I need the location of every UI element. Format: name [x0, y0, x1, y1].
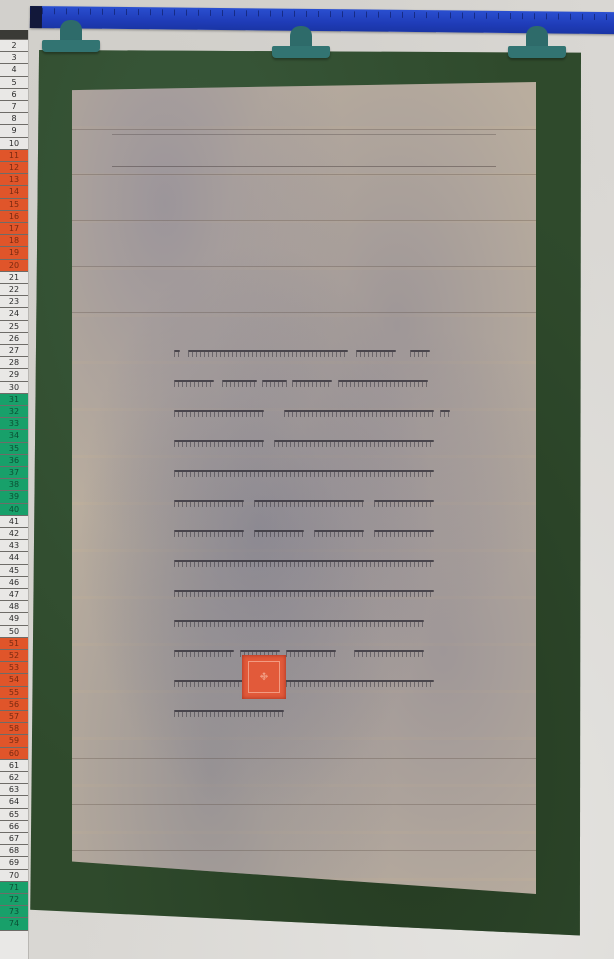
ruler-mark: 24: [0, 308, 28, 320]
ruler-mark: 26: [0, 333, 28, 345]
ruler-mark: 28: [0, 357, 28, 369]
ruler-mark: 58: [0, 723, 28, 735]
ruler-mark: 35: [0, 443, 28, 455]
ruler-mark: 45: [0, 565, 28, 577]
ruler-mark: 27: [0, 345, 28, 357]
text-stroke: [262, 380, 287, 382]
text-stroke: [174, 680, 434, 682]
ruler-mark: 61: [0, 760, 28, 772]
binder-clip-right: [508, 26, 566, 62]
ruler-mark: 37: [0, 467, 28, 479]
ruler-mark: 62: [0, 772, 28, 784]
ruler-mark: 21: [0, 272, 28, 284]
ruler-mark: 23: [0, 296, 28, 308]
ruler-mark: 40: [0, 504, 28, 516]
text-stroke: [174, 710, 284, 712]
ruler-mark: 56: [0, 699, 28, 711]
ruler-mark: 50: [0, 626, 28, 638]
ruler-mark: 42: [0, 528, 28, 540]
ruler-mark: 32: [0, 406, 28, 418]
ruler-mark: 49: [0, 613, 28, 625]
text-line: [174, 670, 474, 696]
text-stroke: [274, 440, 434, 442]
ruler-mark: 33: [0, 418, 28, 430]
text-stroke: [240, 650, 280, 652]
ruler-mark: 14: [0, 186, 28, 198]
ruled-line: [112, 166, 496, 167]
text-stroke: [292, 380, 332, 382]
text-line: [174, 490, 474, 516]
ruler-mark: 25: [0, 321, 28, 333]
text-stroke: [284, 410, 434, 412]
text-line: [174, 340, 474, 366]
ruler-mark: 4: [0, 64, 28, 76]
ruler-mark: 30: [0, 382, 28, 394]
fold-line: [72, 266, 536, 267]
ruler-mark: 16: [0, 211, 28, 223]
ruler-mark: 71: [0, 882, 28, 894]
text-stroke: [174, 590, 434, 592]
ruler-mark: 43: [0, 540, 28, 552]
text-stroke: [174, 350, 180, 352]
text-stroke: [174, 440, 264, 442]
ruler-mark: 53: [0, 662, 28, 674]
ruler-mark: 13: [0, 174, 28, 186]
ruler-mark: 66: [0, 821, 28, 833]
ruler-mark: 74: [0, 918, 28, 930]
ruler-mark: 39: [0, 491, 28, 503]
ruler-mark: 69: [0, 857, 28, 869]
ruler-cap: [0, 30, 28, 40]
fold-line: [72, 174, 536, 175]
fold-line: [72, 850, 536, 851]
ruler-mark: 60: [0, 748, 28, 760]
ruler-mark: 17: [0, 223, 28, 235]
ruler-mark: 15: [0, 199, 28, 211]
ruler-mark: 67: [0, 833, 28, 845]
text-stroke: [440, 410, 450, 412]
text-stroke: [286, 650, 336, 652]
text-stroke: [174, 560, 434, 562]
text-stroke: [314, 530, 364, 532]
text-stroke: [174, 500, 244, 502]
ruler-mark: 8: [0, 113, 28, 125]
fold-line: [72, 312, 536, 313]
text-line: [174, 400, 474, 426]
text-stroke: [254, 530, 304, 532]
text-line: [174, 700, 474, 726]
text-stroke: [174, 530, 244, 532]
text-stroke: [174, 650, 234, 652]
fold-line: [72, 758, 536, 759]
ruler-mark: 54: [0, 674, 28, 686]
ruler-mark: 31: [0, 394, 28, 406]
ruler-mark: 44: [0, 552, 28, 564]
ruler-mark: 57: [0, 711, 28, 723]
ruler-mark: 6: [0, 89, 28, 101]
fold-line: [72, 220, 536, 221]
text-stroke: [374, 530, 434, 532]
text-stroke: [222, 380, 257, 382]
ruler-mark: 36: [0, 455, 28, 467]
red-seal-stamp: ࿇: [242, 655, 286, 699]
text-stroke: [354, 650, 424, 652]
ruler-mark: 55: [0, 687, 28, 699]
ruler-mark: 73: [0, 906, 28, 918]
text-line: [174, 430, 474, 456]
text-stroke: [174, 410, 264, 412]
ruler-mark: 72: [0, 894, 28, 906]
binder-clip-left: [42, 20, 100, 56]
ruler-mark: 63: [0, 784, 28, 796]
fold-line: [72, 804, 536, 805]
ruler-mark: 9: [0, 125, 28, 137]
ruler-mark: 41: [0, 516, 28, 528]
ruler-mark: 52: [0, 650, 28, 662]
ruler-mark: 47: [0, 589, 28, 601]
text-stroke: [174, 380, 214, 382]
seal-glyph: ࿇: [248, 661, 280, 693]
text-line: [174, 640, 474, 666]
text-line: [174, 370, 474, 396]
ruler-mark: 70: [0, 870, 28, 882]
text-line: [174, 610, 474, 636]
ruled-line: [112, 134, 496, 135]
ruler-mark: 12: [0, 162, 28, 174]
text-stroke: [174, 620, 424, 622]
ruler-mark: 29: [0, 369, 28, 381]
ruler-mark: 5: [0, 77, 28, 89]
ruler-mark: 18: [0, 235, 28, 247]
text-stroke: [374, 500, 434, 502]
binder-clip-center: [272, 26, 330, 62]
text-line: [174, 580, 474, 606]
ruler-mark: 38: [0, 479, 28, 491]
ruler-mark: 51: [0, 638, 28, 650]
ruler-mark: 22: [0, 284, 28, 296]
ruler-mark: 34: [0, 430, 28, 442]
ruler-mark: 68: [0, 845, 28, 857]
ruler-mark: 65: [0, 809, 28, 821]
text-stroke: [410, 350, 430, 352]
ruler-mark: 59: [0, 735, 28, 747]
text-stroke: [338, 380, 428, 382]
ruler-mark: 7: [0, 101, 28, 113]
text-stroke: [356, 350, 396, 352]
ruler-mark: 19: [0, 247, 28, 259]
fold-line: [72, 129, 536, 130]
text-stroke: [254, 500, 364, 502]
ruler-mark: 48: [0, 601, 28, 613]
ruler-mark: 2: [0, 40, 28, 52]
text-line: [174, 550, 474, 576]
text-line: [174, 520, 474, 546]
mounted-manuscript: ࿇: [28, 50, 581, 940]
text-stroke: [188, 350, 348, 352]
ruler-mark: 64: [0, 796, 28, 808]
text-line: [174, 460, 474, 486]
tibetan-text-block: [174, 340, 474, 730]
ruler-mark: 10: [0, 138, 28, 150]
ruler-mark: 3: [0, 52, 28, 64]
ruler-mark: 20: [0, 260, 28, 272]
left-measuring-tape: 2345678910111213141516171819202122232425…: [0, 30, 29, 959]
text-stroke: [174, 470, 434, 472]
ruler-mark: 46: [0, 577, 28, 589]
ruler-mark: 11: [0, 150, 28, 162]
